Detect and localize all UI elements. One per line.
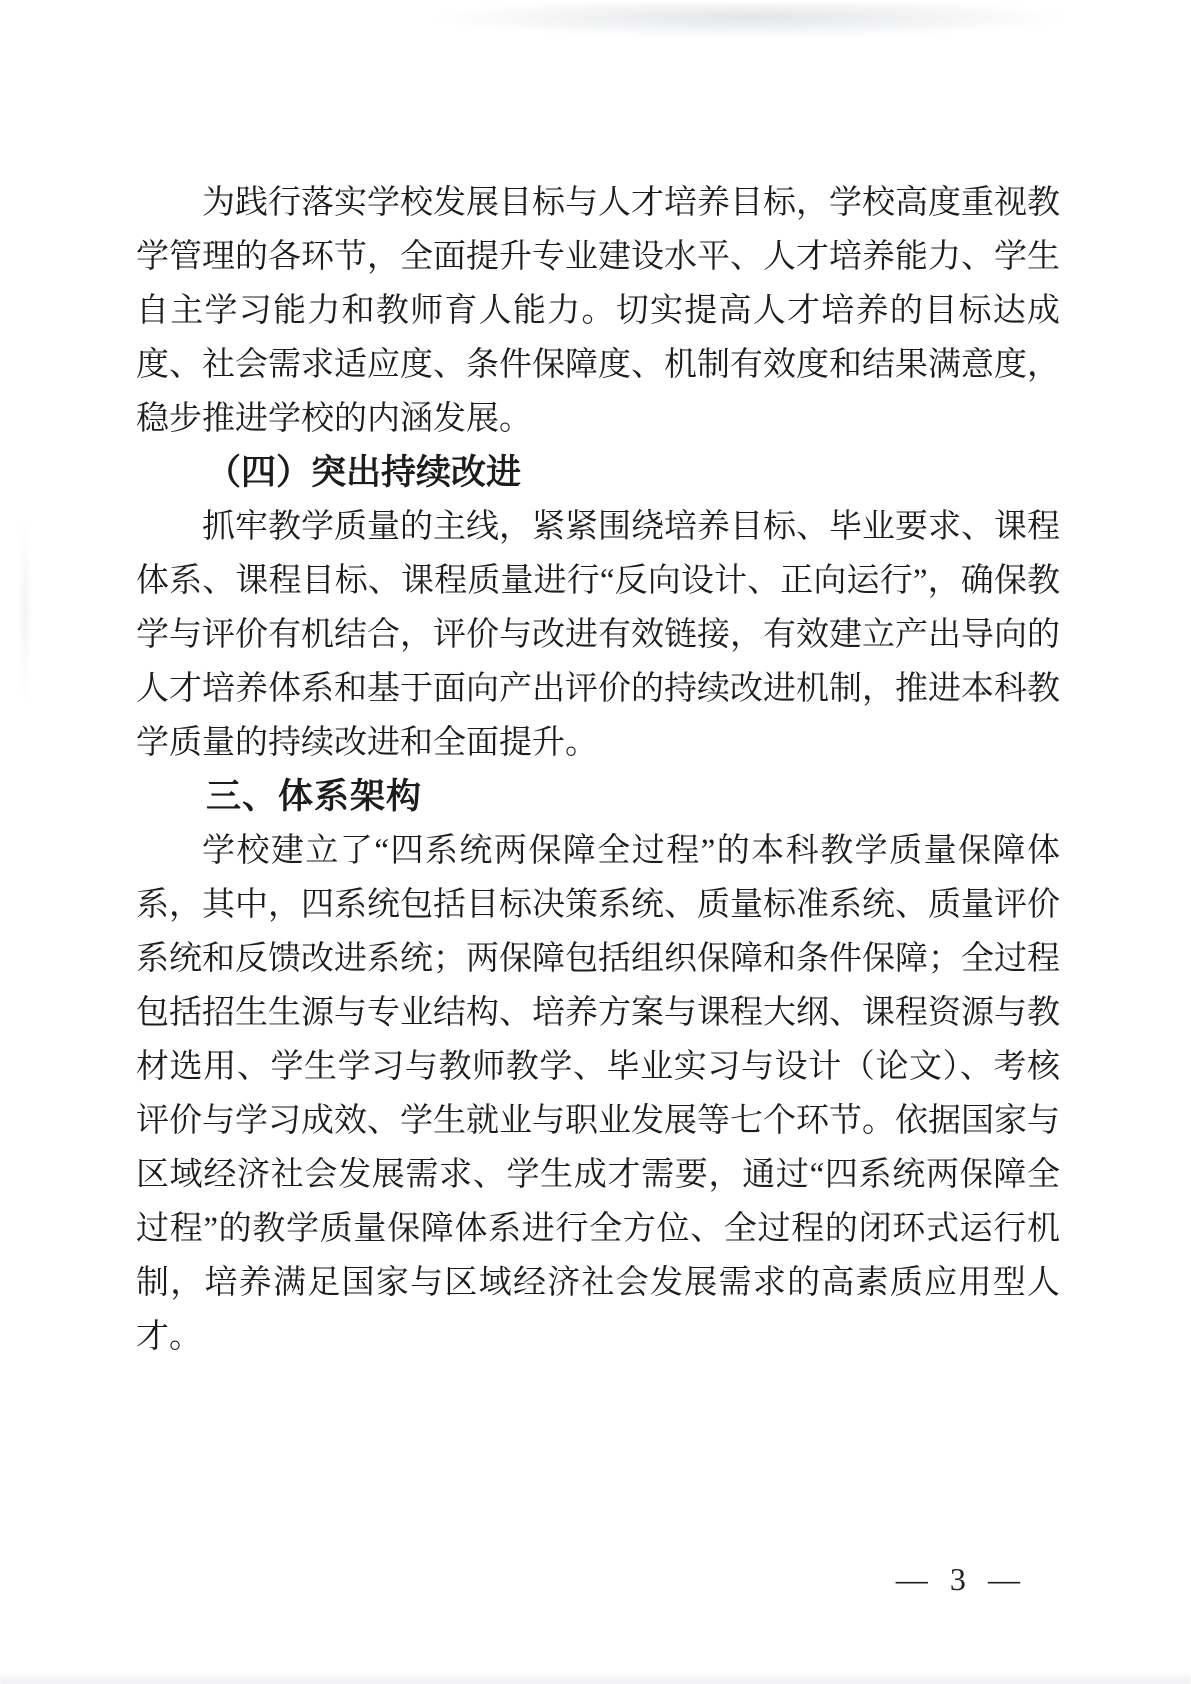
paragraph-continuous-improvement: 抓牢教学质量的主线，紧紧围绕培养目标、毕业要求、课程体系、课程目标、课程质量进行… xyxy=(136,500,1060,770)
document-body: 为践行落实学校发展目标与人才培养目标，学校高度重视教学管理的各环节，全面提升专业… xyxy=(136,176,1060,1364)
scan-artifact-left xyxy=(18,520,32,700)
heading-section-four-continuous-improvement: （四）突出持续改进 xyxy=(136,446,1060,500)
scan-artifact-top xyxy=(430,4,1070,38)
paragraph-school-goals: 为践行落实学校发展目标与人才培养目标，学校高度重视教学管理的各环节，全面提升专业… xyxy=(136,176,1060,446)
page-number: — 3 — xyxy=(896,1561,1027,1598)
scan-artifact-bottom xyxy=(0,1672,1191,1684)
scanned-document-page: 为践行落实学校发展目标与人才培养目标，学校高度重视教学管理的各环节，全面提升专业… xyxy=(0,0,1191,1684)
paragraph-system-architecture: 学校建立了“四系统两保障全过程”的本科教学质量保障体系，其中，四系统包括目标决策… xyxy=(136,824,1060,1364)
heading-section-three-system-architecture: 三、体系架构 xyxy=(136,770,1060,824)
